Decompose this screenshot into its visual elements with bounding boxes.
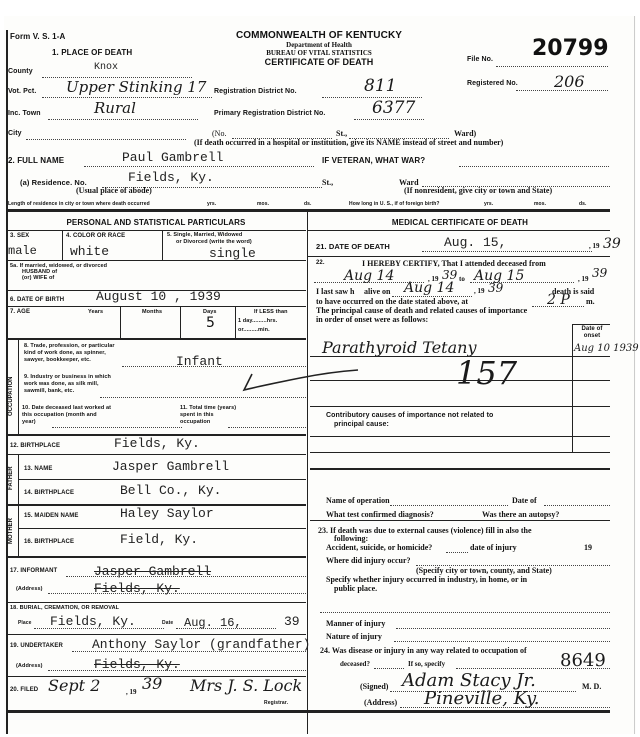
physician-address: Pineville, Ky. [424,688,539,709]
undertaker-label: 19. UNDERTAKER [10,643,63,649]
father-birthplace-value: Bell Co., Ky. [120,483,221,498]
where-note: (Specify city or town, county, and State… [416,566,552,575]
less-min-label: or.........min. [238,327,270,333]
yrs-label: yrs. [207,201,216,207]
divider [6,260,306,261]
months-label: Months [142,309,162,315]
industry-label: 9. Industry or business in which work wa… [24,374,111,395]
hospital-note: (If death occurred in a hospital or inst… [194,138,503,147]
if-so-label: If so, specify [408,660,445,668]
injury-year-label: 19 [584,543,592,552]
full-name-label: 2. FULL NAME [8,156,64,165]
date-of-onset-label: Date of onset [574,326,610,340]
father-side-label: FATHER [8,466,14,490]
date-of-death-value: Aug. 15, [444,235,506,250]
burial-label: 18. BURIAL, CREMATION, OR REMOVAL [10,605,119,611]
operation-date-line [544,505,610,506]
contributory-label-2: principal cause: [334,421,389,428]
filed-year: 39 [142,674,162,693]
race-value: white [70,244,109,259]
ward-label: Ward) [454,129,476,138]
cause-line [310,406,610,407]
how-long-us-label: How long in U. S., if of foreign birth? [349,201,440,207]
residence-value: Fields, Ky. [128,170,214,185]
undertaker-value: Anthony Saylor (grandfather) [92,637,310,652]
inc-town-value: Rural [94,99,136,117]
divider [180,306,181,338]
divider [235,306,236,338]
last-worked-label: 10. Date deceased last worked at this oc… [22,405,111,426]
manner-label: Manner of injury [326,619,385,628]
mother-maiden-value: Haley Saylor [120,506,214,521]
divider [6,230,306,231]
principal-cause-label-1: The principal cause of death and related… [316,306,527,315]
divider [308,230,610,231]
inc-town-label: Inc. Town [8,110,41,117]
trade-label-2: kind of work done, as spinner, [24,350,115,357]
county-label: County [8,68,33,75]
burial-date-value: Aug. 16, [184,616,242,630]
time-value: 2 P [547,292,570,308]
principal-cause-value: Parathyroid Tetany [322,338,476,357]
pen-mark [240,366,360,396]
full-name-value: Paul Gambrell [122,150,223,165]
registered-no: 206 [554,72,585,91]
file-no: 20799 [532,36,609,61]
mos-label: mos. [257,201,269,207]
code-mark: 157 [456,354,517,392]
last-saw-mid: alive on [364,287,390,296]
column-divider [307,212,308,734]
divider [6,602,306,603]
less-day-label: 1 day.........hrs. [238,318,277,324]
nonresident-note: (If nonresident, give city or town and S… [404,186,552,195]
spouse-label-3: (or) WIFE of [22,275,54,281]
place-of-death-heading: 1. PLACE OF DEATH [52,48,132,57]
divider [62,230,63,260]
deceased-line [374,668,404,669]
days-value: 5 [206,315,215,331]
inc-town-line [48,119,198,120]
trade-value: Infant [176,354,223,369]
cause-line [310,380,610,381]
death-year: 39 [603,236,621,252]
specify-label-1: Specify whether injury occurred in indus… [326,575,527,584]
last-saw-year: 39 [488,281,503,295]
informant-address-label: (Address) [16,586,43,592]
principal-cause-label-2: in order of onset were as follows: [316,315,428,324]
external-label-2: following: [334,534,368,543]
header-block: COMMONWEALTH OF KENTUCKY Department of H… [194,30,444,67]
mother-birthplace-label: 16. BIRTHPLACE [24,539,74,545]
attended-to-year: 39 [592,266,607,280]
last-worked-label-1: 10. Date deceased last worked at [22,405,111,412]
marital-label-2: or Divorced (write the word) [176,239,252,245]
father-name-value: Jasper Gambrell [112,459,229,474]
onset-column-divider [572,324,573,452]
form-id: Form V. S. 1-A [10,32,65,41]
bureau: BUREAU OF VITAL STATISTICS [194,49,444,57]
primary-registration-label: Primary Registration District No. [214,110,325,117]
nature-label: Nature of injury [326,632,382,641]
veteran-label: IF VETERAN, WHAT WAR? [322,156,425,165]
autopsy-label: Was there an autopsy? [482,510,559,519]
abode-note: (Usual place of abode) [76,186,152,195]
registration-district-label: Registration District No. [214,88,297,95]
file-no-line [496,66,608,67]
specify-line [320,612,610,613]
marital-label-1: 5. Single, Married, Widowed [167,232,242,238]
less-than-label: If LESS than [254,309,288,315]
dob-label: 6. DATE OF BIRTH [10,297,64,303]
industry-label-2: work was done, as silk mill, [24,381,111,388]
full-name-line [84,166,314,167]
divider [6,634,306,635]
industry-label-1: 9. Industry or business in which [24,374,111,381]
operation-date-label: Date of [512,496,537,505]
accident-label: Accident, suicide, or homicide? [326,543,432,552]
registrar-signature: Mrs J. S. Lock [190,676,302,695]
last-saw-date: Aug 14 [404,280,454,296]
informant-address-value: Fields, Ky. [94,581,180,596]
operation-label: Name of operation [326,496,390,505]
mother-side-label: MOTHER [8,518,14,544]
last-worked-label-3: year) [22,419,111,426]
veteran-line [459,166,609,167]
total-time-label-2: spent in this [180,412,236,419]
divider [120,306,121,338]
undertaker-address-value: Fields, Ky. [94,657,180,672]
right-edge [634,16,635,734]
certificate-title: CERTIFICATE OF DEATH [194,57,444,67]
mother-maiden-label: 15. MAIDEN NAME [24,513,79,519]
divider [6,454,306,455]
where-label: Where did injury occur? [326,556,411,565]
occupation-side-label: OCCUPATION [8,377,14,416]
injury-date-label: date of injury [470,543,517,552]
commonwealth-title: COMMONWEALTH OF KENTUCKY [194,30,444,41]
bottom-border [6,710,610,713]
dob-value: August 10 , 1939 [96,289,221,304]
divider [310,520,610,521]
attended-to-year-prefix: , 19 [578,275,589,283]
divider [572,324,610,325]
personal-section-title: PERSONAL AND STATISTICAL PARTICULARS [6,218,306,227]
birthplace-label: 12. BIRTHPLACE [10,443,60,449]
us-mos-label: mos. [534,201,546,207]
industry-line [100,397,306,398]
accident-line [446,552,468,553]
department: Department of Health [194,41,444,49]
divider [18,479,306,480]
age-label: 7. AGE [10,309,30,315]
no-label: (No. [212,129,226,138]
specify-label-2: public place. [334,584,377,593]
birthplace-value: Fields, Ky. [114,436,200,451]
st-label: St., [336,129,347,138]
burial-place-value: Fields, Ky. [50,614,136,629]
certify-num: 22. [316,260,325,266]
last-saw-label: I last saw h [316,287,354,296]
onset-date: Aug 10 1939 [574,343,639,354]
last-worked-line [52,427,182,428]
trade-label-1: 8. Trade, profession, or particular [24,343,115,350]
trade-label-3: sawyer, bookkeeper, etc. [24,357,115,364]
registered-no-label: Registered No. [467,80,518,87]
divider [6,338,306,340]
primary-registration-value: 6377 [372,98,415,118]
divider [310,468,610,470]
years-label: Years [88,309,103,315]
divider [6,556,306,558]
file-no-label: File No. [467,56,493,63]
occurred-label: to have occurred on the date stated abov… [316,297,468,306]
primary-registration-line [354,119,424,120]
code-number: 8649 [560,650,606,671]
industry-label-3: sawmill, bank, etc. [24,388,111,395]
us-yrs-label: yrs. [484,201,493,207]
total-time-label-3: occupation [180,419,236,426]
death-year-prefix: , 19 [589,242,600,250]
last-saw-year-prefix: , 19 [474,287,485,295]
medical-section-title: MEDICAL CERTIFICATE OF DEATH [310,218,610,227]
county-value: Knox [94,62,118,73]
marital-value: single [209,246,256,261]
date-of-death-label: 21. DATE OF DEATH [316,242,390,251]
ds-label: ds. [304,201,312,207]
residence-st-label: St., [322,178,333,187]
divider [18,528,306,529]
physician-address-label: (Address) [364,698,397,707]
mother-birthplace-value: Field, Ky. [120,532,198,547]
divider [308,256,610,257]
burial-year-value: 39 [284,614,300,629]
total-time-line [228,427,306,428]
divider [18,340,19,434]
nature-line [394,641,610,642]
cause-line [310,452,610,453]
father-birthplace-label: 14. BIRTHPLACE [24,490,74,496]
section-divider [6,209,610,212]
attended-from: Aug 14 [344,268,394,284]
test-label: What test confirmed diagnosis? [326,510,434,519]
filed-label: 20. FILED [10,687,38,693]
filed-date: Sept 2 [48,676,100,695]
total-time-label-1: 11. Total time (years) [180,405,236,412]
sex-value: male [8,244,37,258]
place-label: Place [18,620,32,626]
date-label: Date [162,620,173,626]
father-name-label: 13. NAME [24,466,52,472]
vot-pct-value: Upper Stinking 17 [66,78,206,96]
registrar-label: Registrar. [264,700,288,706]
last-worked-label-2: this occupation (month and [22,412,111,419]
length-residence-label: Length of residence in city or town wher… [8,201,150,207]
manner-line [396,628,610,629]
certify-label: I HEREBY CERTIFY, That I attended deceas… [362,259,546,268]
undertaker-address-label: (Address) [16,663,43,669]
to-label: to [459,275,465,283]
divider [6,306,306,307]
date-of-death-line [422,251,592,252]
city-label: City [8,130,22,137]
deceased-label: deceased? [340,660,370,668]
md-label: M. D. [582,682,601,691]
cause-line [310,436,610,437]
contributory-label-1: Contributory causes of importance not re… [326,412,493,419]
m-label: m. [586,297,595,306]
informant-label: 17. INFORMANT [10,568,57,574]
signed-label: (Signed) [360,682,388,691]
total-time-label: 11. Total time (years) spent in this occ… [180,405,236,426]
race-label: 4. COLOR OR RACE [66,233,125,239]
death-certificate: Form V. S. 1-A 1. PLACE OF DEATH COMMONW… [4,16,636,734]
trade-label: 8. Trade, profession, or particular kind… [24,343,115,364]
us-ds-label: ds. [579,201,587,207]
vot-pct-line [42,97,212,98]
occupation-related-label: 24. Was disease or injury in any way rel… [320,646,527,655]
registration-district-value: 811 [364,76,396,96]
vot-pct-label: Vot. Pct. [8,88,36,95]
sex-label: 3. SEX [10,233,29,239]
operation-line [390,505,508,506]
informant-value: Jasper Gambrell [94,564,211,579]
city-line [26,139,186,140]
divider [162,230,163,260]
filed-year-prefix: , 19 [126,688,137,696]
